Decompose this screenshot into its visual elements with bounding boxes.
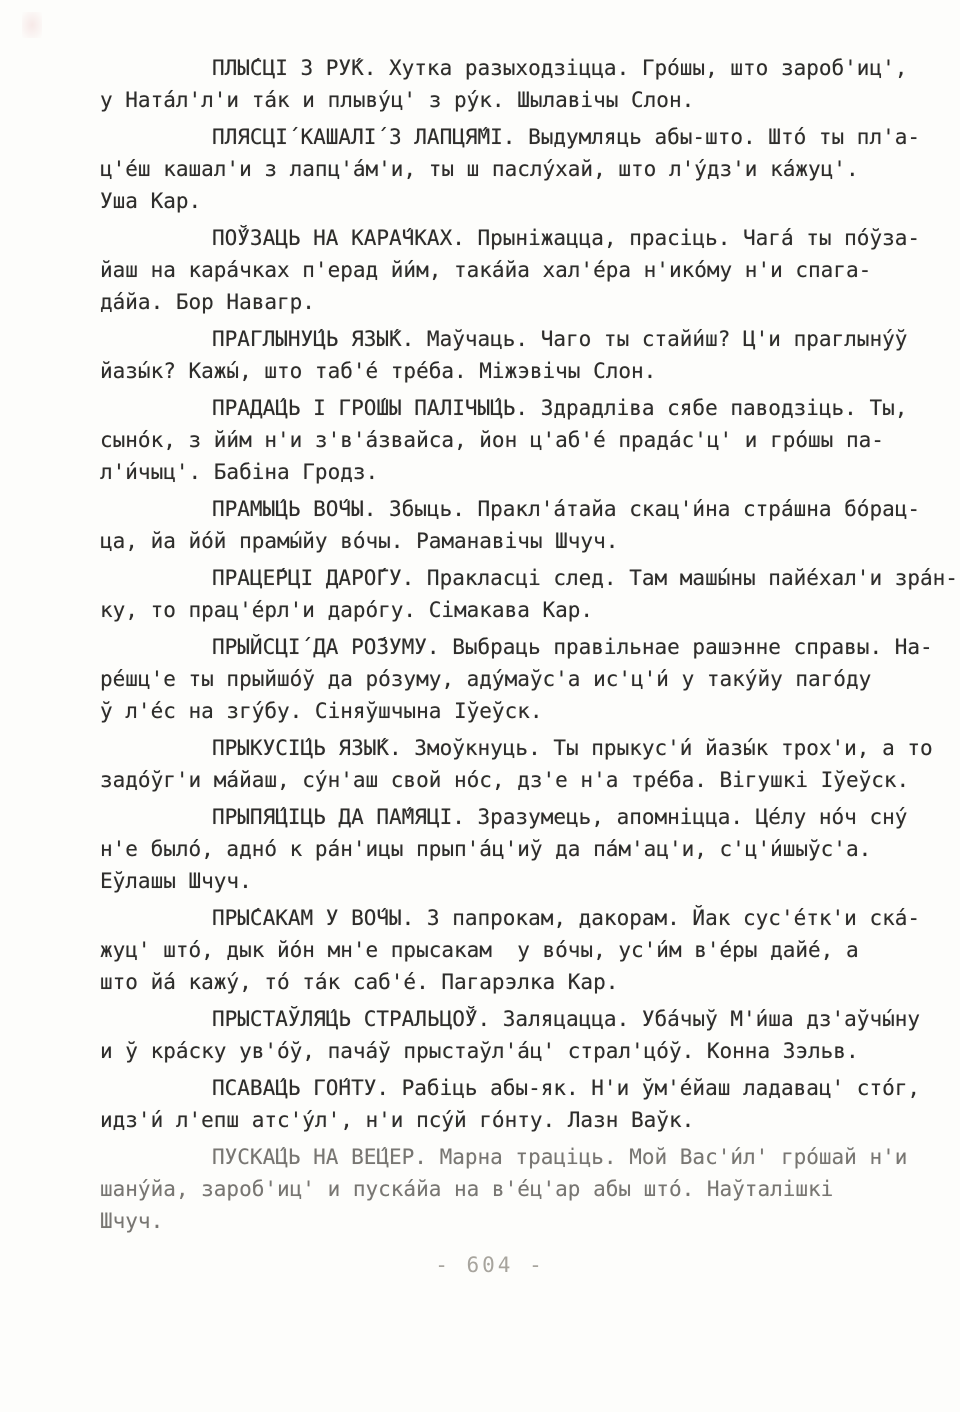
dictionary-entry: ПЛЫ́СЦІ З РУ́К. Хутка разыходзіцца. Гро́… [100,52,960,116]
entry-line: ПРАДА́ЦЬ І ГРО́ШЫ ПАЛІЧЫ́ЦЬ. Здрадліва с… [100,392,960,424]
entry-line: Уша Кар. [100,185,960,217]
entry-line: ПУСКА́ЦЬ НА ВЕ́ЦЕР. Марна траціць. Мой В… [100,1141,960,1173]
entry-line: шану́йа, зароб'иц' и пуска́йа на в'е́ц'а… [100,1173,960,1205]
entry-line: ПЛЫ́СЦІ З РУ́К. Хутка разыходзіцца. Гро́… [100,52,960,84]
entry-line: ца, йа йо́й прамы́йу во́чы. Раманавічы Ш… [100,525,960,557]
entry-line: ПРАМЫ́ЦЬ ВО́ЧЫ. Збыць. Пракл'а́тайа скац… [100,493,960,525]
entry-line: ПО́ЎЗАЦЬ НА КАРА́ЧКАХ. Прыніжацца, прасі… [100,222,960,254]
entry-line: йазы́к? Кажы́, што таб'е́ тре́ба. Міжэві… [100,355,960,387]
dictionary-entry: ПРАМЫ́ЦЬ ВО́ЧЫ. Збыць. Пракл'а́тайа скац… [100,493,960,557]
entry-line: ре́шц'е ты прыйшо́ў да ро́зуму, аду́маўс… [100,663,960,695]
entry-line: йаш на кара́чках п'ерад йи́м, така́йа ха… [100,254,960,286]
entry-line: Еўлашы Шчуч. [100,865,960,897]
entry-line: ПРЫЙСЦІ́ ДА РО́ЗУМУ. Выбраць правільнае … [100,631,960,663]
entry-line: да́йа. Бор Навагр. [100,286,960,318]
dictionary-entry: ПРАГЛЫНУ́ЦЬ ЯЗЫ́К. Маўчаць. Чаго ты стай… [100,323,960,387]
entry-line: л'и́чыц'. Бабіна Гродз. [100,456,960,488]
entry-line: у Ната́л'л'и та́к и плыву́ц' з ру́к. Шыл… [100,84,960,116]
entry-line: ПСАВА́ЦЬ ГО́НТУ. Рабіць абы-як. Н'и ўм'е… [100,1072,960,1104]
dictionary-entry: ПЛЯСЦІ́ КАШАЛІ́ З ЛАПЦЯ́МІ. Выдумляць аб… [100,121,960,217]
dictionary-entry: ПСАВА́ЦЬ ГО́НТУ. Рабіць абы-як. Н'и ўм'е… [100,1072,960,1136]
scan-smudge [22,12,42,38]
entry-line: ПРАЦЕ́РЦІ ДАРО́ГУ. Пракласці след. Там м… [100,562,960,594]
entry-line: Шчуч. [100,1205,960,1237]
entry-line: што йа́ кажу́, то́ та́к саб'е́. Пагарэлк… [100,966,960,998]
entry-line: сыно́к, з йи́м н'и з'в'а́звайса, йон ц'а… [100,424,960,456]
entry-line: и ў кра́ску ув'о́ў, пача́ў прыстаўл'а́ц'… [100,1035,960,1067]
dictionary-entry: ПРЫЙСЦІ́ ДА РО́ЗУМУ. Выбраць правільнае … [100,631,960,727]
entry-line: ц'е́ш кашал'и з лапц'а́м'и, ты ш паслу́х… [100,153,960,185]
entry-line: ку, то прац'е́рл'и даро́гу. Сімакава Кар… [100,594,960,626]
dictionary-entry: ПРАДА́ЦЬ І ГРО́ШЫ ПАЛІЧЫ́ЦЬ. Здрадліва с… [100,392,960,488]
entry-line: ПРАГЛЫНУ́ЦЬ ЯЗЫ́К. Маўчаць. Чаго ты стай… [100,323,960,355]
entry-line: ПРЫСТАЎЛЯ́ЦЬ СТРАЛЬЦО́Ў. Заляцацца. Уба́… [100,1003,960,1035]
entry-line: жуц' што́, дык йо́н мн'е прысакам у во́ч… [100,934,960,966]
entry-line: ПРЫ́САКАМ У ВО́ЧЫ. З папрокам, дакорам. … [100,902,960,934]
dictionary-entry: ПУСКА́ЦЬ НА ВЕ́ЦЕР. Марна траціць. Мой В… [100,1141,960,1237]
entry-line: идз'и́ л'епш атс'у́л', н'и псу́й го́нту.… [100,1104,960,1136]
document-page: ПЛЫ́СЦІ З РУ́К. Хутка разыходзіцца. Гро́… [0,0,960,1412]
dictionary-entry: ПО́ЎЗАЦЬ НА КАРА́ЧКАХ. Прыніжацца, прасі… [100,222,960,318]
dictionary-entry: ПРЫ́САКАМ У ВО́ЧЫ. З папрокам, дакорам. … [100,902,960,998]
dictionary-entry: ПРЫСТАЎЛЯ́ЦЬ СТРАЛЬЦО́Ў. Заляцацца. Уба́… [100,1003,960,1067]
dictionary-entry: ПРЫКУСІ́ЦЬ ЯЗЫ́К. Змоўкнуць. Ты прыкус'и… [100,732,960,796]
entry-line: ў л'е́с на згу́бу. Сіняўшчына Іўеўск. [100,695,960,727]
page-number: - 604 - [100,1249,880,1281]
entry-line: задо́ўг'и ма́йаш, су́н'аш свой но́с, дз'… [100,764,960,796]
dictionary-entry: ПРАЦЕ́РЦІ ДАРО́ГУ. Пракласці след. Там м… [100,562,960,626]
entry-line: н'е было́, адно́ к ра́н'ицы прып'а́ц'иў … [100,833,960,865]
dictionary-entry: ПРЫПЯ́ЦІЦЬ ДА ПА́МЯЦІ. Зразумець, апомні… [100,801,960,897]
entry-line: ПЛЯСЦІ́ КАШАЛІ́ З ЛАПЦЯ́МІ. Выдумляць аб… [100,121,960,153]
entry-line: ПРЫКУСІ́ЦЬ ЯЗЫ́К. Змоўкнуць. Ты прыкус'и… [100,732,960,764]
entry-line: ПРЫПЯ́ЦІЦЬ ДА ПА́МЯЦІ. Зразумець, апомні… [100,801,960,833]
